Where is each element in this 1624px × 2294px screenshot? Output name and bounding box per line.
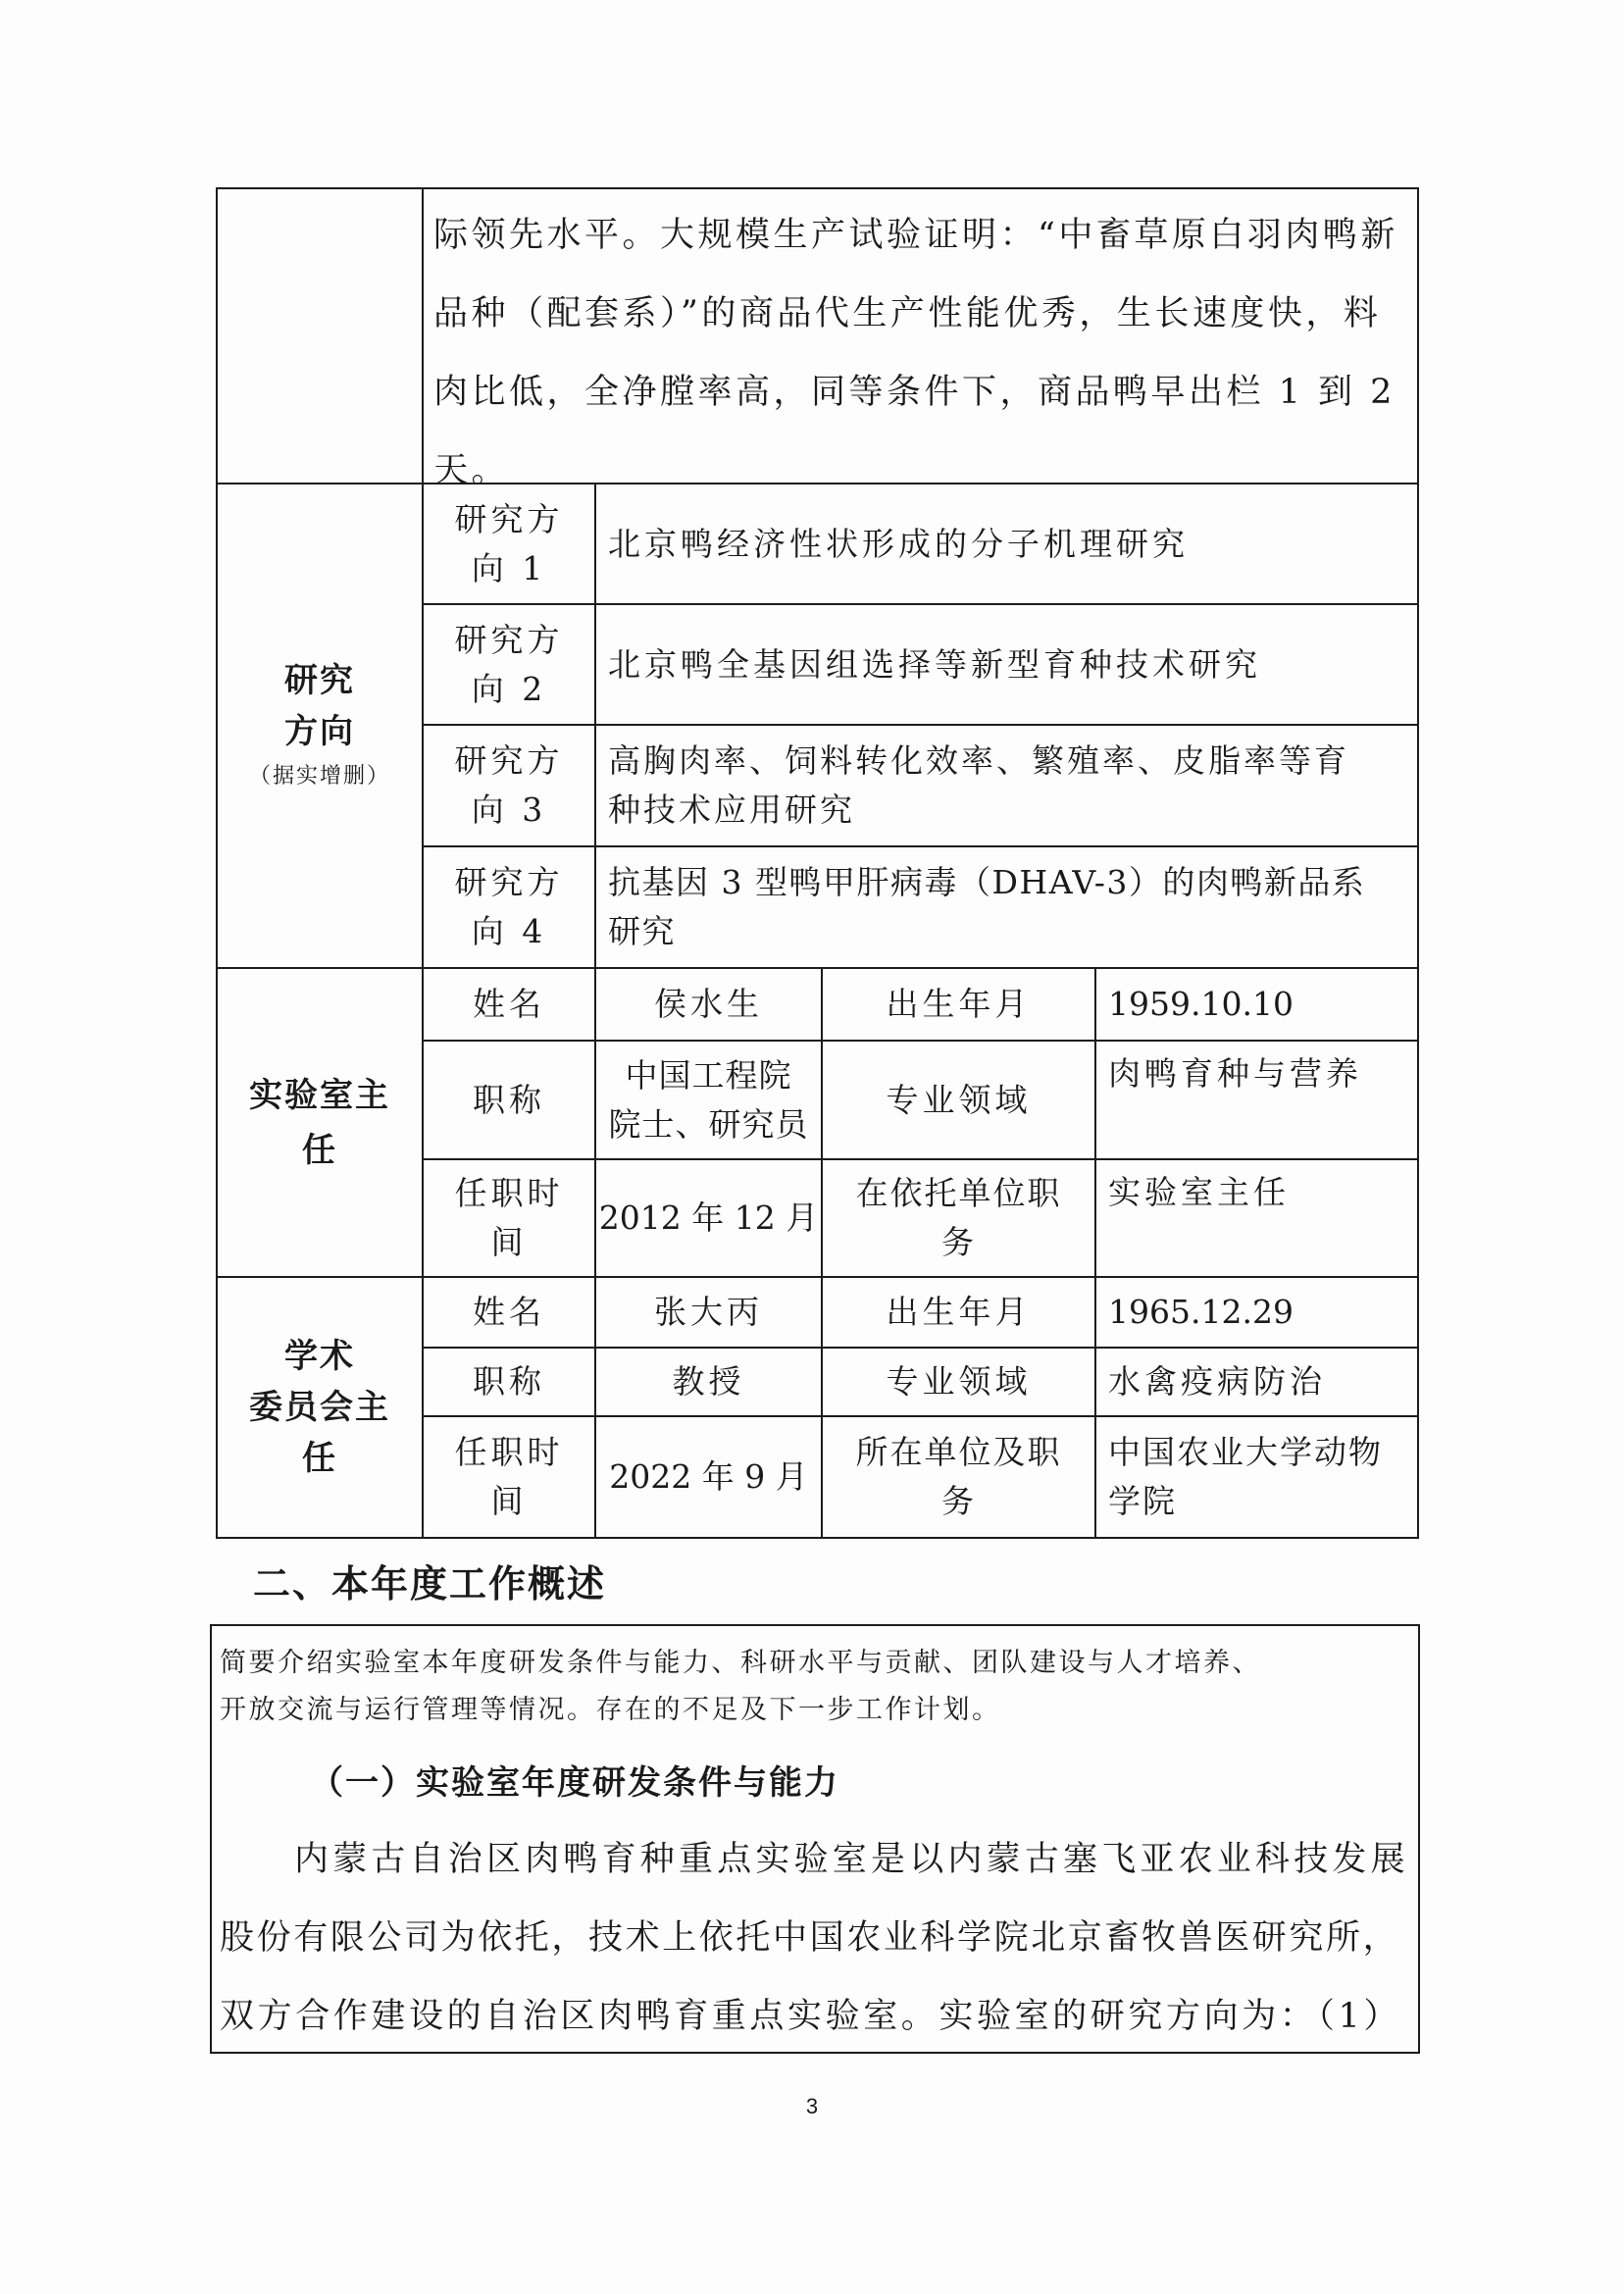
director-name: 侯水生	[596, 969, 821, 1040]
direction-text-line: 北京鸭全基因组选择等新型育种技术研究	[608, 640, 1261, 689]
committee-name-label: 姓名	[424, 1278, 594, 1347]
label-line: 向 2	[472, 665, 547, 714]
director-position: 实验室主任	[1096, 1168, 1417, 1276]
direction-1-text: 北京鸭经济性状形成的分子机理研究	[596, 484, 1417, 603]
header-line: 实验室主	[249, 1068, 390, 1123]
title-line: 中国工程院	[626, 1051, 792, 1100]
director-tenure: 2012 年 12 月	[596, 1160, 821, 1276]
direction-1-label: 研究方 向 1	[424, 484, 594, 603]
direction-2-label: 研究方 向 2	[424, 605, 594, 724]
label-line: 研究方	[455, 616, 564, 665]
director-position-label: 在依托单位职 务	[823, 1160, 1094, 1276]
direction-4-label: 研究方 向 4	[424, 847, 594, 967]
title-line: 院士、研究员	[609, 1100, 809, 1149]
director-field-label: 专业领域	[823, 1042, 1094, 1158]
header-line: 任	[302, 1123, 337, 1178]
label-line: 任职时	[455, 1428, 564, 1477]
committee-tenure: 2022 年 9 月	[596, 1417, 821, 1537]
research-directions-header: 研究 方向 （据实增删）	[218, 484, 422, 967]
header-line: 学术	[284, 1331, 355, 1382]
direction-text-line: 抗基因 3 型鸭甲肝病毒（DHAV-3）的肉鸭新品系	[608, 858, 1365, 907]
director-field: 肉鸭育种与营养	[1096, 1049, 1417, 1158]
label-line: 务	[941, 1218, 976, 1267]
direction-4-text: 抗基因 3 型鸭甲肝病毒（DHAV-3）的肉鸭新品系 研究	[596, 847, 1417, 967]
section-heading: 二、本年度工作概述	[253, 1555, 606, 1613]
label-line: 向 4	[472, 907, 547, 956]
direction-3-text: 高胸肉率、饲料转化效率、繁殖率、皮脂率等育 种技术应用研究	[596, 726, 1417, 845]
header-line: 委员会主	[249, 1382, 390, 1433]
committee-title-label: 职称	[424, 1349, 594, 1415]
instruction-line: 简要介绍实验室本年度研发条件与能力、科研水平与贡献、团队建设与人才培养、	[220, 1640, 1261, 1687]
committee-position-label: 所在单位及职 务	[823, 1417, 1094, 1537]
committee-position: 中国农业大学动物 学院	[1096, 1417, 1417, 1537]
label-line: 向 3	[472, 786, 547, 835]
direction-text-line: 高胸肉率、饲料转化效率、繁殖率、皮脂率等育	[608, 737, 1349, 786]
label-line: 研究方	[455, 737, 564, 786]
director-name-label: 姓名	[424, 969, 594, 1040]
director-birth: 1959.10.10	[1096, 969, 1417, 1040]
position-line: 中国农业大学动物	[1108, 1428, 1383, 1477]
committee-name: 张大丙	[596, 1278, 821, 1347]
label-line: 研究方	[455, 495, 564, 544]
director-tenure-label: 任职时 间	[424, 1160, 594, 1276]
position-line: 学院	[1108, 1477, 1177, 1526]
committee-title: 教授	[596, 1349, 821, 1415]
research-note: （据实增删）	[249, 757, 390, 796]
label-line: 向 1	[472, 544, 547, 593]
label-line: 务	[941, 1477, 976, 1526]
instruction-line: 开放交流与运行管理等情况。存在的不足及下一步工作计划。	[220, 1687, 1001, 1734]
label-line: 在依托单位职	[856, 1169, 1062, 1218]
lab-director-header: 实验室主 任	[218, 969, 422, 1276]
committee-tenure-label: 任职时 间	[424, 1417, 594, 1537]
direction-text-line: 研究	[608, 907, 676, 956]
table-border-bottom	[216, 1537, 1419, 1539]
label-line: 研究方	[455, 858, 564, 907]
committee-birth-label: 出生年月	[823, 1278, 1094, 1347]
page-number: 3	[785, 2094, 839, 2119]
header-line: 任	[302, 1433, 337, 1484]
body-line: 内蒙古自治区肉鸭育种重点实验室是以内蒙古塞飞亚农业科技发展	[294, 1820, 1409, 1899]
committee-birth: 1965.12.29	[1096, 1278, 1417, 1347]
director-birth-label: 出生年月	[823, 969, 1094, 1040]
director-title-label: 职称	[424, 1042, 594, 1158]
direction-text-line: 北京鸭经济性状形成的分子机理研究	[608, 520, 1189, 569]
direction-text-line: 种技术应用研究	[608, 786, 855, 835]
body-line: 双方合作建设的自治区肉鸭育重点实验室。实验室的研究方向为：（1）	[220, 1977, 1401, 2056]
body-line: 股份有限公司为依托，技术上依托中国农业科学院北京畜牧兽医研究所，	[220, 1899, 1399, 1977]
label-line: 任职时	[455, 1169, 564, 1218]
label-line: 间	[491, 1477, 528, 1526]
direction-3-label: 研究方 向 3	[424, 726, 594, 845]
table-border-top	[216, 187, 1419, 189]
direction-2-text: 北京鸭全基因组选择等新型育种技术研究	[596, 605, 1417, 724]
continued-description: 际领先水平。大规模生产试验证明：“中畜草原白羽肉鸭新 品种（配套系）”的商品代生…	[433, 196, 1414, 510]
continued-line: 际领先水平。大规模生产试验证明：“中畜草原白羽肉鸭新	[433, 196, 1414, 275]
continued-line: 品种（配套系）”的商品代生产性能优秀，生长速度快，料	[433, 275, 1414, 353]
summary-box: 简要介绍实验室本年度研发条件与能力、科研水平与贡献、团队建设与人才培养、 开放交…	[210, 1624, 1420, 2054]
subsection-heading: （一）实验室年度研发条件与能力	[310, 1754, 839, 1812]
research-title-line: 方向	[284, 706, 355, 757]
committee-field: 水禽疫病防治	[1096, 1349, 1417, 1415]
table-border-right	[1417, 187, 1419, 1539]
research-title-line: 研究	[284, 655, 355, 706]
label-line: 所在单位及职	[856, 1428, 1062, 1477]
director-title: 中国工程院 院士、研究员	[596, 1042, 821, 1158]
committee-field-label: 专业领域	[823, 1349, 1094, 1415]
committee-chair-header: 学术 委员会主 任	[218, 1278, 422, 1537]
label-line: 间	[491, 1218, 528, 1267]
